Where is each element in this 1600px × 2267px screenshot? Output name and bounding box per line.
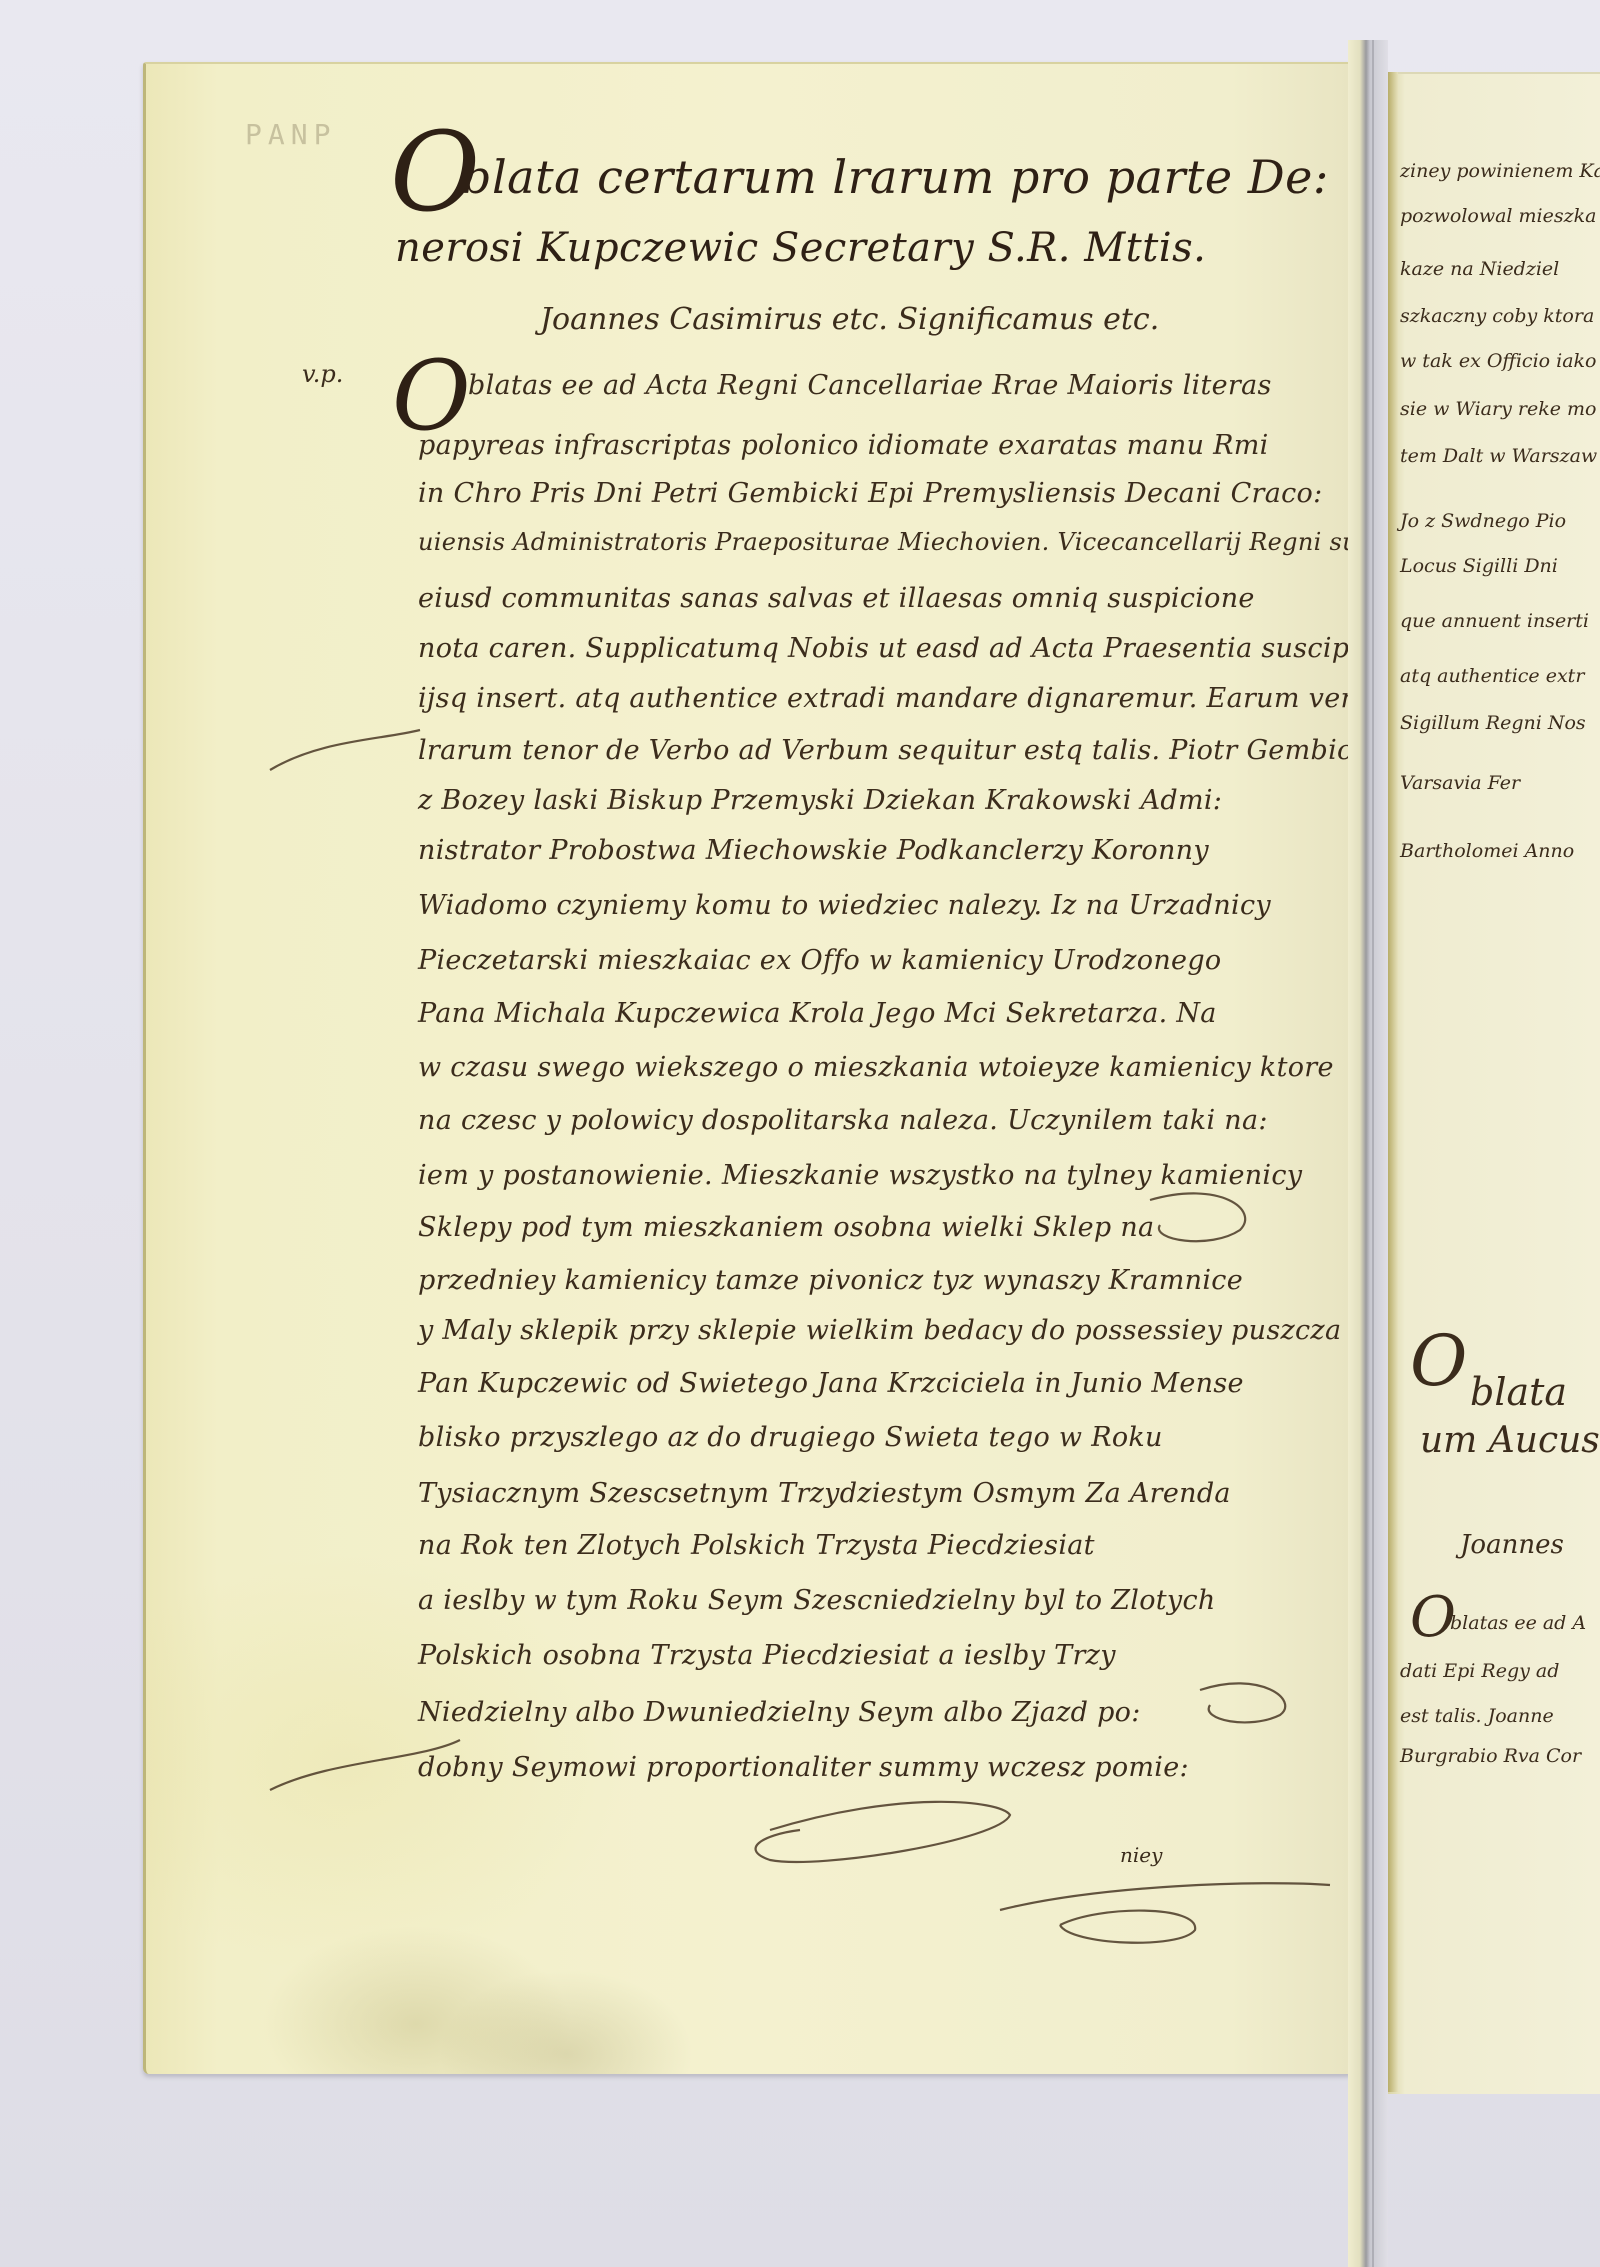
catchword: niey (1120, 1843, 1162, 1867)
right-line: kaze na Niedziel (1400, 258, 1559, 280)
body-line: na czesc y polowicy dospolitarska naleza… (418, 1105, 1268, 1136)
right-line: Varsavia Fer (1400, 772, 1520, 794)
body-line: lrarum tenor de Verbo ad Verbum sequitur… (418, 735, 1378, 766)
book-gutter (1348, 40, 1388, 2267)
body-line: nistrator Probostwa Miechowskie Podkancl… (418, 835, 1209, 866)
title-line-2: nerosi Kupczewic Secretary S.R. Mttis. (395, 225, 1206, 271)
body-line: na Rok ten Zlotych Polskich Trzysta Piec… (418, 1530, 1095, 1561)
right-line: atq authentice extr (1400, 665, 1584, 687)
right-title-initial: O (1410, 1320, 1467, 1402)
right-line: szkaczny coby ktora (1400, 305, 1594, 327)
right-line: Bartholomei Anno (1400, 840, 1574, 862)
body-line: przedniey kamienicy tamze pivonicz tyz w… (418, 1265, 1243, 1296)
title-line-1: blata certarum lrarum pro parte De: (462, 150, 1329, 204)
body-line: blatas ee ad Acta Regni Cancellariae Rra… (468, 370, 1272, 401)
body-line: eiusd communitas sanas salvas et illaesa… (418, 583, 1255, 614)
right-line: Burgrabio Rva Cor (1400, 1745, 1581, 1767)
body-line: in Chro Pris Dni Petri Gembicki Epi Prem… (418, 478, 1323, 509)
right-title-line: blata (1470, 1370, 1567, 1414)
right-line: Sigillum Regni Nos (1400, 712, 1586, 734)
body-line: Pan Kupczewic od Swietego Jana Krzciciel… (418, 1368, 1244, 1399)
right-line: Jo z Swdnego Pio (1400, 510, 1566, 532)
body-line: papyreas infrascriptas polonico idiomate… (418, 430, 1269, 461)
body-line: y Maly sklepik przy sklepie wielkim beda… (418, 1315, 1341, 1346)
body-line: dobny Seymowi proportionaliter summy wcz… (418, 1752, 1189, 1783)
right-line: blatas ee ad A (1450, 1612, 1586, 1634)
right-line: w tak ex Officio iako (1400, 350, 1597, 372)
body-line: Tysiacznym Szescsetnym Trzydziestym Osmy… (418, 1478, 1231, 1509)
right-manuscript-page (1388, 72, 1600, 2094)
body-line: ijsq insert. atq authentice extradi mand… (418, 683, 1370, 714)
body-line: blisko przyszlego az do drugiego Swieta … (418, 1422, 1163, 1453)
body-line: Pana Michala Kupczewica Krola Jego Mci S… (418, 998, 1217, 1029)
gutter-edge (1372, 40, 1374, 2267)
right-title-line: um Aucust (1420, 1420, 1600, 1461)
body-line: z Bozey laski Biskup Przemyski Dziekan K… (418, 785, 1222, 816)
right-line: Locus Sigilli Dni (1400, 555, 1558, 577)
body-line: Niedzielny albo Dwuniedzielny Seym albo … (418, 1697, 1141, 1728)
margin-note: v.p. (302, 360, 343, 388)
right-line: sie w Wiary reke mo (1400, 398, 1596, 420)
right-salutation: Joannes (1460, 1530, 1564, 1560)
body-line: w czasu swego wiekszego o mieszkania wto… (418, 1052, 1334, 1083)
right-line: est talis. Joanne (1400, 1705, 1554, 1727)
body-line: iem y postanowienie. Mieszkanie wszystko… (418, 1160, 1302, 1191)
right-page-binding-edge (1388, 72, 1398, 2092)
body-line: Polskich osobna Trzysta Piecdziesiat a i… (418, 1640, 1116, 1671)
body-line: nota caren. Supplicatumq Nobis ut easd a… (418, 633, 1358, 664)
right-line: que annuent inserti (1400, 610, 1589, 632)
right-line: tem Dalt w Warszaw (1400, 445, 1597, 467)
right-line: pozwolowal mieszka (1400, 205, 1596, 227)
body-line: Sklepy pod tym mieszkaniem osobna wielki… (418, 1212, 1154, 1243)
perforation-stamp: PANP (245, 118, 336, 151)
right-line: dati Epi Regy ad (1400, 1660, 1559, 1682)
body-line: Wiadomo czyniemy komu to wiedziec nalezy… (418, 890, 1271, 921)
body-line: Pieczetarski mieszkaiac ex Offo w kamien… (418, 945, 1221, 976)
body-line: a ieslby w tym Roku Seym Szescniedzielny… (418, 1585, 1216, 1616)
right-line: ziney powinienem Ka (1400, 160, 1600, 182)
salutation-line: Joannes Casimirus etc. Significamus etc. (540, 302, 1159, 337)
